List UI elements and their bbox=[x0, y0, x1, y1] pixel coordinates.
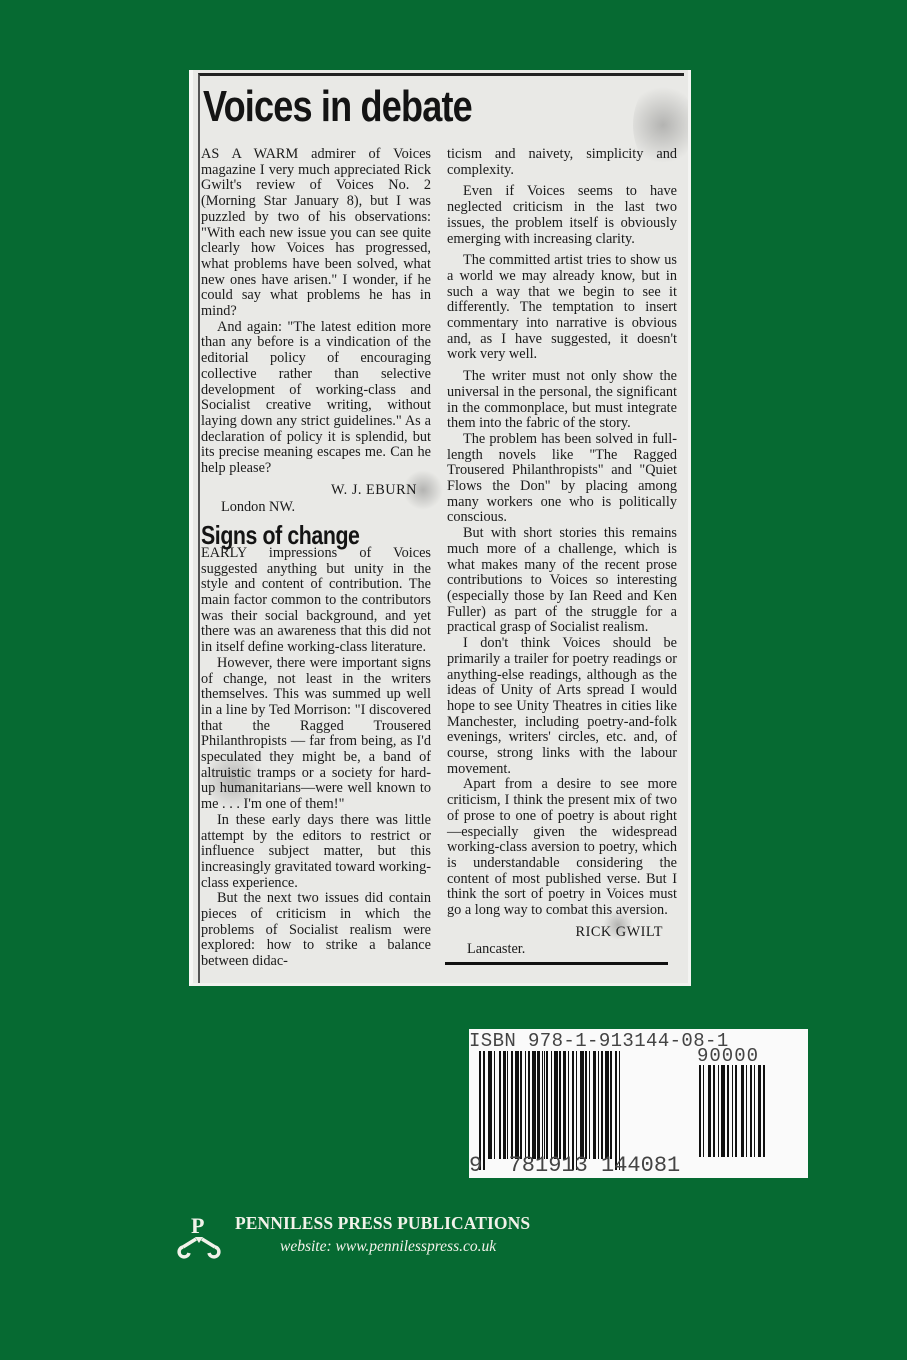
barcode-digits-group1: 781913 bbox=[509, 1153, 588, 1178]
letter2-subheadline: Signs of change bbox=[201, 528, 390, 544]
letter2-paragraph: In these early days there was little att… bbox=[201, 813, 431, 892]
bottom-rule bbox=[445, 962, 668, 965]
right-column: ticism and naivety, simplicity and compl… bbox=[447, 147, 677, 958]
letter2-paragraph: But the next two issues did contain piec… bbox=[201, 891, 431, 970]
letter2-paragraph: But with short stories this remains much… bbox=[447, 526, 677, 636]
addon-bars bbox=[699, 1065, 791, 1157]
clipping-headline: Voices in debate bbox=[203, 82, 472, 132]
barcode-digits-group2: 144081 bbox=[601, 1153, 680, 1178]
isbn-barcode: ISBN 978-1-913144-08-1 90000 9 781913 14… bbox=[469, 1029, 808, 1178]
letter2-paragraph: EARLY impressions of Voices suggested an… bbox=[201, 546, 431, 656]
barcode-digits: 9 781913 144081 bbox=[469, 1153, 680, 1178]
barcode-digit-first: 9 bbox=[469, 1153, 482, 1178]
barcode-bars bbox=[479, 1051, 675, 1159]
isbn-label: ISBN 978-1-913144-08-1 bbox=[469, 1030, 729, 1052]
letter2-paragraph: Even if Voices seems to have neglected c… bbox=[447, 184, 677, 247]
letter2-paragraph: ticism and naivety, simplicity and compl… bbox=[447, 147, 677, 178]
publisher-website[interactable]: website: www.pennilesspress.co.uk bbox=[280, 1238, 496, 1256]
letter1-paragraph: AS A WARM admirer of Voices magazine I v… bbox=[201, 147, 431, 320]
letter2-location: Lancaster. bbox=[447, 942, 677, 958]
letter2-paragraph: The writer must not only show the univer… bbox=[447, 369, 677, 432]
letter2-signature: RICK GWILT bbox=[447, 925, 677, 941]
letter2-paragraph: The committed artist tries to show us a … bbox=[447, 253, 677, 363]
letter2-paragraph: Apart from a desire to see more criticis… bbox=[447, 777, 677, 918]
letter2-paragraph: However, there were important signs of c… bbox=[201, 656, 431, 813]
letter1-signature: W. J. EBURN bbox=[201, 483, 431, 499]
letter2-paragraph: The problem has been solved in full-leng… bbox=[447, 432, 677, 526]
letter1-location: London NW. bbox=[201, 500, 431, 516]
price-addon: 90000 bbox=[697, 1045, 759, 1067]
letter1-paragraph: And again: "The latest edition more than… bbox=[201, 320, 431, 477]
penniless-press-logo-icon: P bbox=[173, 1211, 227, 1261]
letter2-paragraph: I don't think Voices should be primarily… bbox=[447, 636, 677, 777]
left-column: AS A WARM admirer of Voices magazine I v… bbox=[201, 147, 431, 970]
logo-letter: P bbox=[191, 1213, 204, 1238]
newspaper-clipping: Voices in debate AS A WARM admirer of Vo… bbox=[189, 70, 691, 986]
publisher-name: PENNILESS PRESS PUBLICATIONS bbox=[235, 1213, 530, 1234]
